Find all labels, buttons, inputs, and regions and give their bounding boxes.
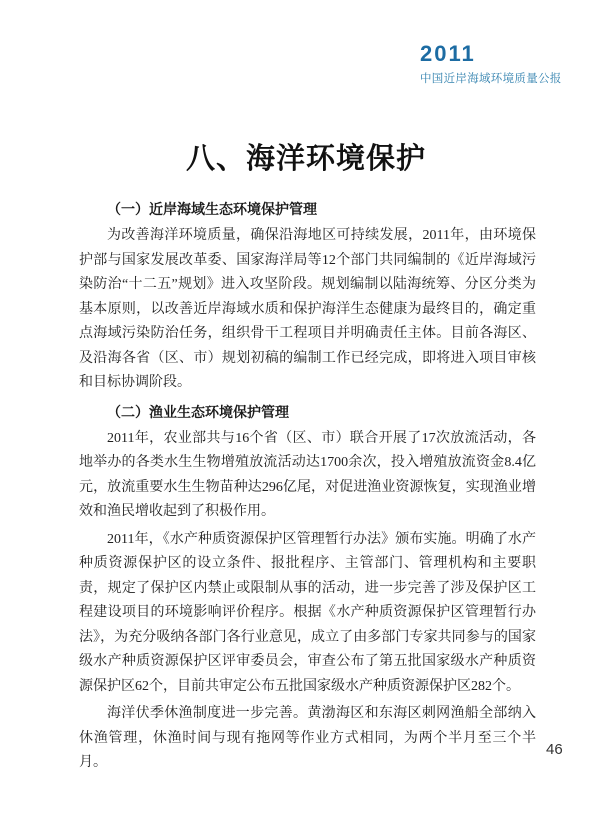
report-publication-title: 中国近岸海域环境质量公报	[420, 72, 562, 86]
chapter-title: 八、海洋环境保护	[0, 136, 612, 177]
report-masthead: 2011 中国近岸海域环境质量公报	[420, 42, 562, 86]
section-1-paragraph-1: 为改善海洋环境质量，确保沿海地区可持续发展，2011年，由环境保护部与国家发展改…	[79, 224, 536, 396]
section-1-heading: （一）近岸海域生态环境保护管理	[79, 196, 536, 222]
section-2-paragraph-3: 海洋伏季休渔制度进一步完善。黄渤海区和东海区刺网渔船全部纳入休渔管理，休渔时间与…	[79, 702, 536, 776]
report-year: 2011	[420, 42, 562, 66]
section-2-heading: （二）渔业生态环境保护管理	[79, 399, 536, 425]
section-2-paragraph-1: 2011年，农业部共与16个省（区、市）联合开展了17次放流活动，各地举办的各类…	[79, 427, 536, 525]
section-2-paragraph-2: 2011年，《水产种质资源保护区管理暂行办法》颁布实施。明确了水产种质资源保护区…	[79, 528, 536, 700]
document-page: 2011 中国近岸海域环境质量公报 八、海洋环境保护 （一）近岸海域生态环境保护…	[0, 0, 612, 825]
page-number: 46	[546, 741, 563, 758]
body-content: （一）近岸海域生态环境保护管理 为改善海洋环境质量，确保沿海地区可持续发展，20…	[79, 196, 536, 779]
